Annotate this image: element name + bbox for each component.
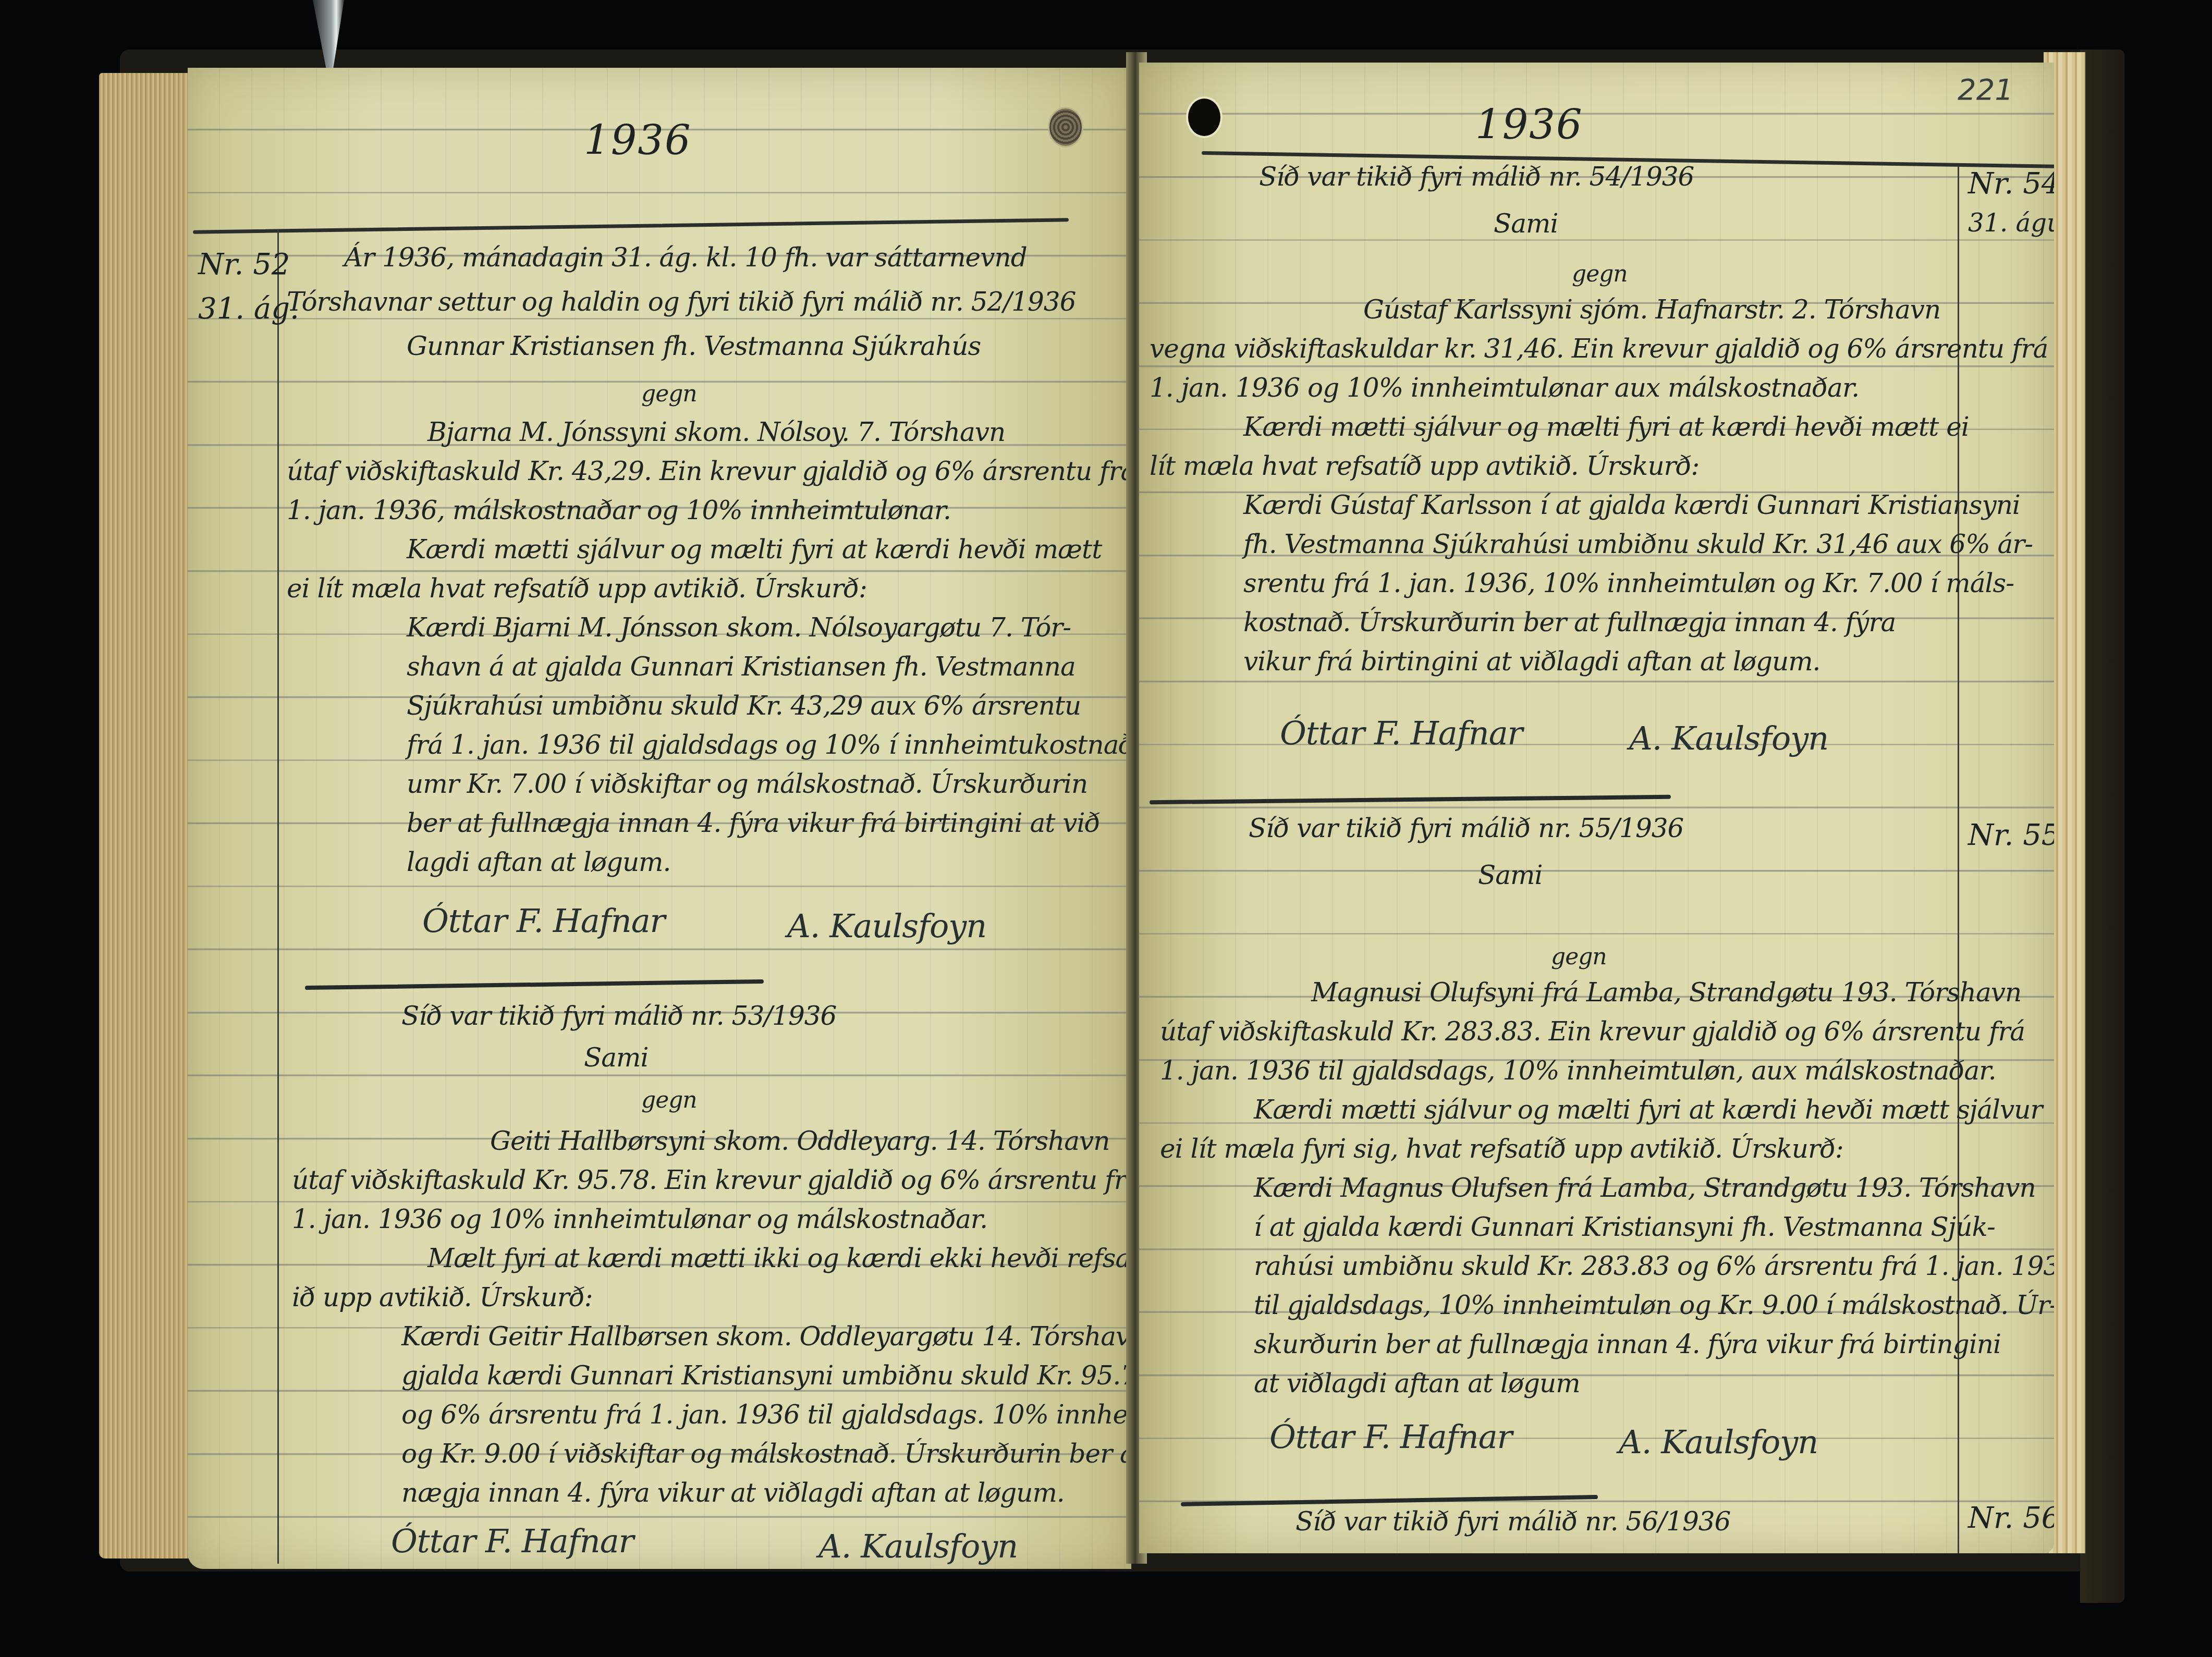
margin-case-number: Nr. 54: [1968, 167, 2054, 201]
text-line: Gunnar Kristiansen fh. Vestmanna Sjúkrah…: [407, 331, 981, 361]
book-cover-edge: [2080, 50, 2124, 1603]
case-header-line: Síð var tikið fyri málið nr. 55/1936: [1249, 813, 1683, 843]
page-number: 221: [1958, 73, 2013, 107]
text-line: Mælt fyri at kærdi mætti ikki og kærdi e…: [427, 1243, 1131, 1273]
page-edges-left: [99, 73, 193, 1558]
punch-hole: [1186, 96, 1223, 138]
punch-hole: [1048, 107, 1083, 148]
against-label: gegn: [641, 1087, 697, 1113]
text-line: gjalda kærdi Gunnari Kristiansyni umbiðn…: [401, 1360, 1131, 1391]
signature: A. Kaulsfoyn: [1629, 719, 1828, 757]
signature: Óttar F. Hafnar: [422, 902, 665, 940]
text-line: útaf viðskiftaskuld Kr. 95.78. Ein krevu…: [292, 1165, 1131, 1195]
text-line: kostnað. Úrskurðurin ber at fullnægja in…: [1243, 607, 1896, 637]
text-line: 1. jan. 1936, málskostnaðar og 10% innhe…: [287, 495, 951, 525]
text-line: Magnusi Olufsyni frá Lamba, Strandgøtu 1…: [1311, 977, 2021, 1008]
margin-rule: [277, 229, 279, 1564]
text-line: Kærdi Magnus Olufsen frá Lamba, Strandgø…: [1254, 1173, 2036, 1203]
signature: A. Kaulsfoyn: [787, 907, 986, 945]
text-line: 1. jan. 1936 og 10% innheimtulønar aux m…: [1150, 373, 1859, 403]
text-line: Sjúkrahúsi umbiðnu skuld Kr. 43,29 aux 6…: [407, 691, 1081, 721]
left-page: 1936 Nr. 52 31. ág. Ár 1936, mánadagin 3…: [188, 68, 1131, 1569]
text-line: og Kr. 9.00 í viðskiftar og málskostnað.…: [401, 1439, 1131, 1469]
text-line: í at gjalda kærdi Gunnari Kristiansyni f…: [1254, 1212, 1995, 1242]
margin-date: 31. ág.: [198, 292, 299, 326]
year-header: 1936: [1475, 102, 1583, 149]
text-line: vegna viðskiftaskuldar kr. 31,46. Ein kr…: [1150, 334, 2048, 364]
text-line: Ár 1936, mánadagin 31. ág. kl. 10 fh. va…: [344, 242, 1027, 273]
text-line: Kærdi Geitir Hallbørsen skom. Oddleyargø…: [401, 1321, 1131, 1352]
year-header: 1936: [584, 117, 692, 164]
text-line: lít mæla hvat refsatíð upp avtikið. Úrsk…: [1150, 451, 1699, 481]
text-line: ið upp avtikið. Úrskurð:: [292, 1282, 593, 1312]
right-page: 221 1936 Síð var tikið fyri málið nr. 54…: [1139, 63, 2054, 1553]
plaintiff-label: Sami: [1478, 860, 1542, 890]
text-line: rahúsi umbiðnu skuld Kr. 283.83 og 6% ár…: [1254, 1251, 2054, 1281]
text-line: Tórshavnar settur og haldin og fyri tiki…: [287, 287, 1076, 317]
text-line: ei lít mæla hvat refsatíð upp avtikið. Ú…: [287, 573, 867, 604]
case-header-line: Síð var tikið fyri málið nr. 56/1936: [1296, 1506, 1730, 1537]
case-header-line: Síð var tikið fyri málið nr. 53/1936: [401, 1001, 836, 1031]
against-label: gegn: [641, 381, 697, 407]
case-header-line: Síð var tikið fyri málið nr. 54/1936: [1259, 162, 1694, 192]
against-label: gegn: [1572, 261, 1628, 287]
against-label: gegn: [1551, 943, 1607, 970]
text-line: vikur frá birtingini at viðlagdi aftan a…: [1243, 646, 1820, 677]
text-line: skurðurin ber at fullnægja innan 4. fýra…: [1254, 1329, 2001, 1359]
text-line: til gjaldsdags, 10% innheimtuløn og Kr. …: [1254, 1290, 2054, 1320]
signature: A. Kaulsfoyn: [818, 1527, 1018, 1565]
signature: A. Kaulsfoyn: [1619, 1423, 1818, 1461]
text-line: ei lít mæla fyri sig, hvat refsatíð upp …: [1160, 1134, 1843, 1164]
text-line: umr Kr. 7.00 í viðskiftar og málskostnað…: [407, 769, 1087, 799]
text-line: Kærdi Bjarni M. Jónsson skom. Nólsoyargø…: [407, 612, 1071, 643]
text-line: srentu frá 1. jan. 1936, 10% innheimtulø…: [1243, 568, 2014, 598]
margin-date: 31. ágúst: [1968, 208, 2054, 238]
signature: Óttar F. Hafnar: [391, 1522, 633, 1560]
text-line: 1. jan. 1936 til gjaldsdags, 10% innheim…: [1160, 1055, 1996, 1086]
plaintiff-label: Sami: [584, 1042, 648, 1073]
plaintiff-label: Sami: [1494, 208, 1558, 239]
margin-case-number: Nr. 55: [1968, 818, 2054, 852]
margin-case-number: Nr. 52: [198, 248, 290, 281]
signature: Óttar F. Hafnar: [1280, 714, 1522, 752]
text-line: shavn á at gjalda Gunnari Kristiansen fh…: [407, 652, 1076, 682]
text-line: Kærdi mætti sjálvur og mælti fyri at kær…: [407, 534, 1102, 564]
signature: Óttar F. Hafnar: [1269, 1418, 1512, 1456]
text-line: Kærdi Gústaf Karlsson í at gjalda kærdi …: [1243, 490, 2020, 520]
text-line: fh. Vestmanna Sjúkrahúsi umbiðnu skuld K…: [1243, 529, 2033, 559]
text-line: at viðlagdi aftan at løgum: [1254, 1368, 1580, 1398]
text-line: Gústaf Karlssyni sjóm. Hafnarstr. 2. Tór…: [1363, 294, 1940, 325]
margin-case-number: Nr. 56: [1968, 1501, 2054, 1535]
text-line: lagdi aftan at løgum.: [407, 847, 670, 877]
text-line: 1. jan. 1936 og 10% innheimtulønar og má…: [292, 1204, 987, 1234]
text-line: frá 1. jan. 1936 til gjaldsdags og 10% í…: [407, 730, 1131, 760]
text-line: útaf viðskiftaskuld Kr. 43,29. Ein krevu…: [287, 456, 1131, 486]
text-line: Kærdi mætti sjálvur og mælti fyri at kær…: [1254, 1095, 2042, 1125]
text-line: nægja innan 4. fýra vikur at viðlagdi af…: [401, 1478, 1065, 1508]
text-line: Bjarna M. Jónssyni skom. Nólsoy. 7. Tórs…: [427, 417, 1005, 447]
text-line: ber at fullnægja innan 4. fýra vikur frá…: [407, 808, 1100, 838]
text-line: útaf viðskiftaskuld Kr. 283.83. Ein krev…: [1160, 1016, 2025, 1047]
text-line: Geiti Hallbørsyni skom. Oddleyarg. 14. T…: [490, 1126, 1110, 1156]
text-line: og 6% ársrentu frá 1. jan. 1936 til gjal…: [401, 1400, 1131, 1430]
text-line: Kærdi mætti sjálvur og mælti fyri at kær…: [1243, 412, 1969, 442]
